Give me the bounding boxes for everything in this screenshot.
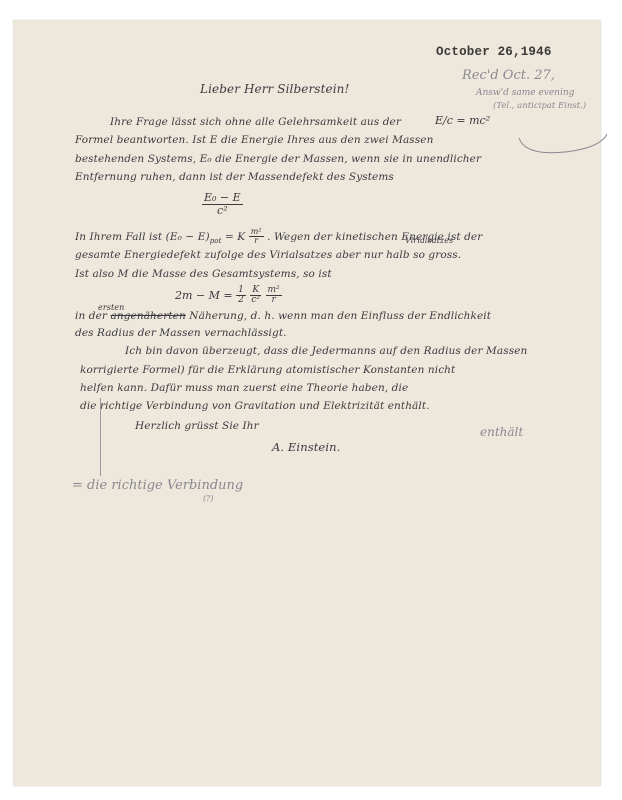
paragraph1-line4: Entfernung ruhen, dann ist der Massendef… xyxy=(75,171,394,183)
pencil-note-bottom: = die richtige Verbindung xyxy=(72,478,243,493)
r-denominator2: r xyxy=(269,296,277,305)
pencil-note-question: (?) xyxy=(203,494,214,503)
paragraph1-line2: Formel beantworten. Ist E die Energie Ih… xyxy=(75,134,433,146)
paragraph4-line3: helfen kann. Dafür muss man zuerst eine … xyxy=(80,382,408,394)
einstein-formula: E/c = mc² xyxy=(435,114,490,127)
paragraph1-line1: Ihre Frage lässt sich ohne alle Gelehrsa… xyxy=(110,116,401,128)
c-squared-denominator: c² xyxy=(249,296,262,305)
r-denominator: r xyxy=(252,237,260,245)
paragraph3-in-der: in der xyxy=(75,310,107,322)
signature: A. Einstein. xyxy=(272,440,340,454)
equation-k: = K xyxy=(225,231,245,243)
salutation: Lieber Herr Silberstein! xyxy=(200,82,349,96)
paragraph4-line2: korrigierte Formel) für die Erklärung at… xyxy=(80,364,455,376)
received-annotation: Rec'd Oct. 27, xyxy=(462,68,555,83)
mass-formula-lhs: 2m − M = xyxy=(175,289,233,302)
half-denominator: 2 xyxy=(236,296,246,305)
paragraph2-line3: Ist also M die Masse des Gesamtsystems, … xyxy=(75,268,332,280)
paragraph3-line2: des Radius der Massen vernachlässigt. xyxy=(75,327,287,339)
pencil-correction-enthalt: enthält xyxy=(480,425,523,439)
paragraph1-line3: bestehenden Systems, E₀ die Energie der … xyxy=(75,153,481,165)
paragraph2-line1-start: In Ihrem Fall ist (E₀ − E) xyxy=(75,231,210,243)
letter-date: October 26,1946 xyxy=(436,45,552,59)
formula-numerator: E₀ − E xyxy=(202,192,243,205)
struck-word: angenäherten xyxy=(110,310,185,322)
answered-annotation-line1: Answ'd same evening xyxy=(476,88,574,98)
paragraph4-line4: die richtige Verbindung von Gravitation … xyxy=(80,400,430,412)
pencil-margin-line xyxy=(100,398,101,476)
paragraph2-line2: gesamte Energiedefekt zufolge des Virial… xyxy=(75,249,461,261)
virialsatzes-insertion: Virialsatzes xyxy=(405,236,453,245)
mass-defect-formula: E₀ − E c² xyxy=(202,192,243,216)
paragraph3-rest: Näherung, d. h. wenn man den Einfluss de… xyxy=(189,310,491,322)
formula-denominator: c² xyxy=(215,205,230,217)
potential-subscript: pot xyxy=(210,237,222,245)
answered-annotation-line2: (Tel., anticipat Einst.) xyxy=(493,101,586,111)
paragraph3-line1: in der angenäherten Näherung, d. h. wenn… xyxy=(75,310,491,322)
closing: Herzlich grüsst Sie Ihr xyxy=(135,420,259,432)
paragraph4-line1: Ich bin davon überzeugt, dass die Jederm… xyxy=(125,345,527,357)
mass-formula: 2m − M = 1 2 K c² m² r xyxy=(175,286,282,306)
pencil-arc-mark xyxy=(515,130,615,160)
